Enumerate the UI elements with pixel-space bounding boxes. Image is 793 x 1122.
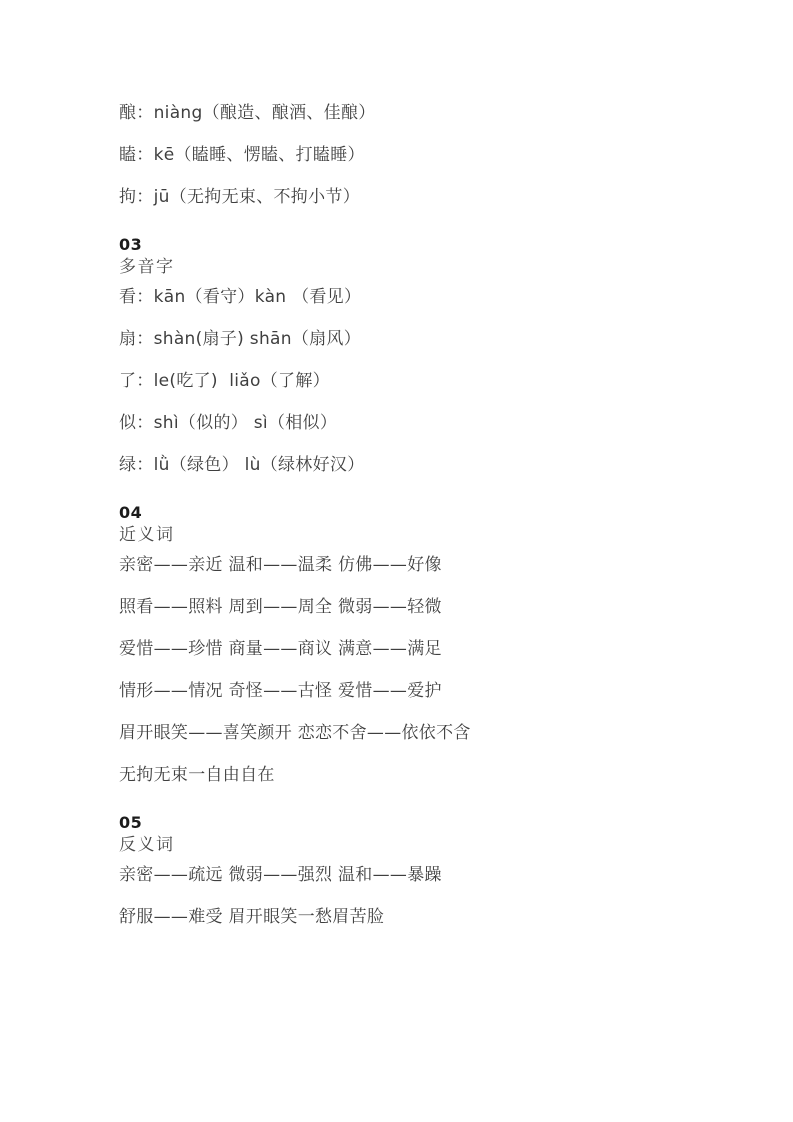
text-line: 爱惜——珍惜 商量——商议 满意——满足 (119, 640, 733, 658)
text-line: 了：le(吃了) liǎo（了解） (119, 372, 733, 390)
section-title: 近义词 (119, 526, 733, 544)
text-line: 绿：lǜ（绿色） lù（绿林好汉） (119, 456, 733, 474)
text-line: 扇：shàn(扇子) shān（扇风） (119, 330, 733, 348)
text-line: 照看——照料 周到——周全 微弱——轻微 (119, 598, 733, 616)
section-number: 03 (119, 236, 733, 254)
text-line: 拘：jū（无拘无束、不拘小节） (119, 188, 733, 206)
text-line: 无拘无束一自由自在 (119, 766, 733, 784)
text-line: 眉开眼笑——喜笑颜开 恋恋不舍——依依不含 (119, 724, 733, 742)
text-line: 酿：niàng（酿造、酿酒、佳酿） (119, 104, 733, 122)
section-polyphonic-characters: 03 多音字 看：kān（看守）kàn （看见） 扇：shàn(扇子) shān… (119, 236, 733, 474)
section-number: 04 (119, 504, 733, 522)
section-number: 05 (119, 814, 733, 832)
text-line: 情形——情况 奇怪——古怪 爱惜——爱护 (119, 682, 733, 700)
document-page: 酿：niàng（酿造、酿酒、佳酿） 瞌：kē（瞌睡、愣瞌、打瞌睡） 拘：jū（无… (0, 0, 793, 1122)
text-line: 似：shì（似的） sì（相似） (119, 414, 733, 432)
text-line: 看：kān（看守）kàn （看见） (119, 288, 733, 306)
section-title: 多音字 (119, 258, 733, 276)
section-antonyms: 05 反义词 亲密——疏远 微弱——强烈 温和——暴躁 舒服——难受 眉开眼笑一… (119, 814, 733, 926)
text-line: 瞌：kē（瞌睡、愣瞌、打瞌睡） (119, 146, 733, 164)
section-words: 酿：niàng（酿造、酿酒、佳酿） 瞌：kē（瞌睡、愣瞌、打瞌睡） 拘：jū（无… (119, 104, 733, 206)
section-title: 反义词 (119, 836, 733, 854)
text-line: 亲密——疏远 微弱——强烈 温和——暴躁 (119, 866, 733, 884)
section-synonyms: 04 近义词 亲密——亲近 温和——温柔 仿佛——好像 照看——照料 周到——周… (119, 504, 733, 784)
text-line: 亲密——亲近 温和——温柔 仿佛——好像 (119, 556, 733, 574)
text-line: 舒服——难受 眉开眼笑一愁眉苦脸 (119, 908, 733, 926)
